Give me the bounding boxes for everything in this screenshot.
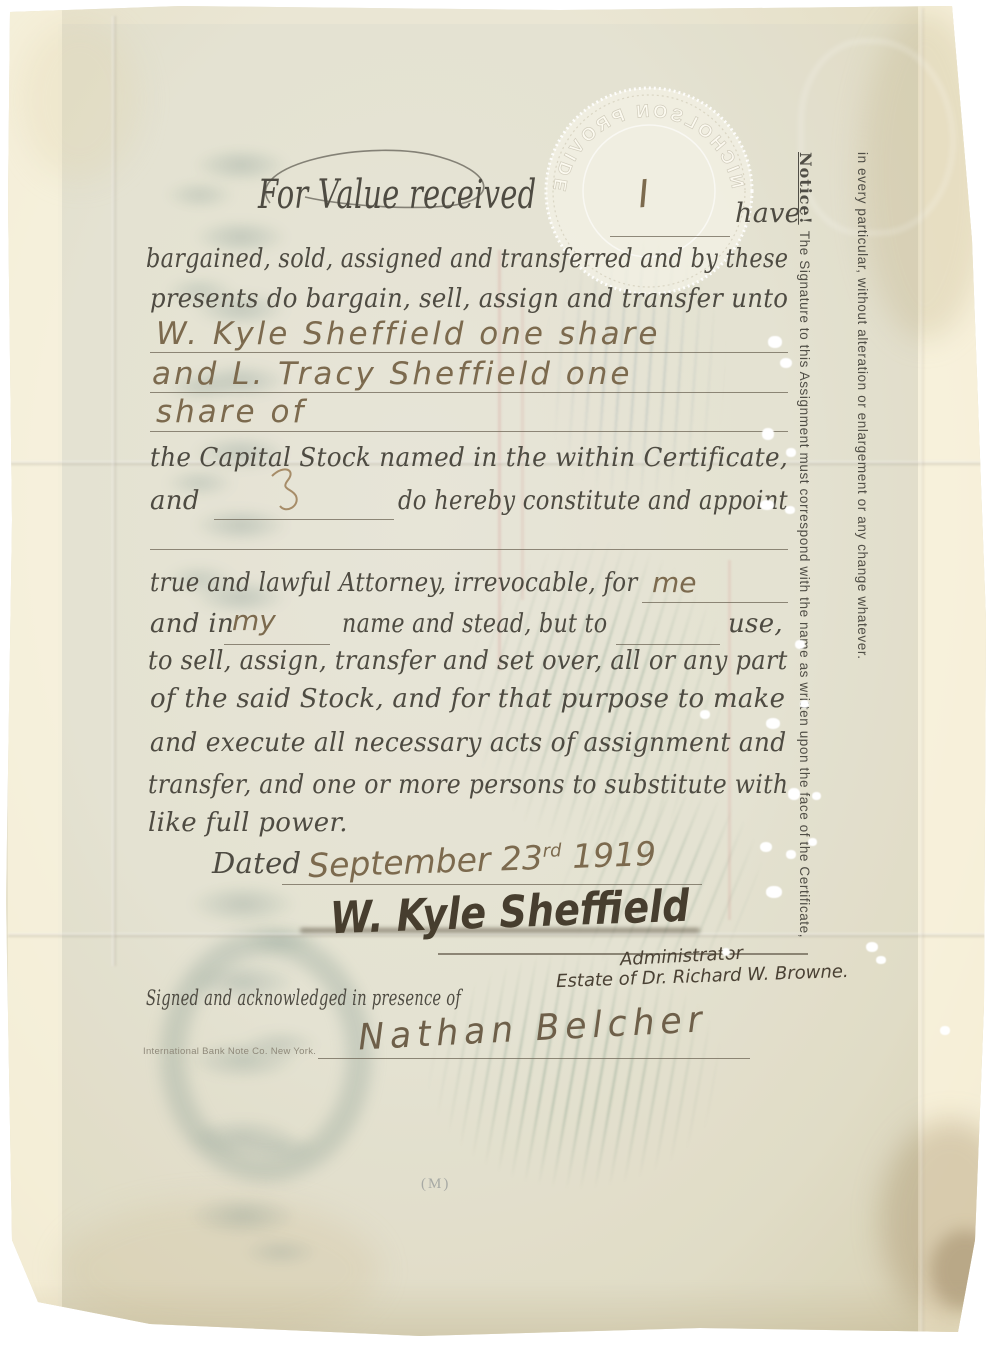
line-transfer-substitute: transfer, and one or more persons to sub… [148, 770, 853, 800]
date-ordinal: rd [542, 840, 562, 862]
blank-rule [642, 602, 788, 603]
paper-damage-spot [760, 842, 772, 852]
paper-damage-spot [812, 792, 821, 800]
blank-rule [224, 644, 330, 645]
fill-rule-3 [150, 431, 788, 432]
paper-damage-spot [766, 718, 780, 729]
handwritten-my: my [232, 604, 276, 637]
fill-rule-1 [150, 352, 788, 353]
signature-strike [300, 928, 700, 933]
dated-label: Dated [212, 846, 301, 880]
line-for-value-received: For Value received [258, 172, 642, 218]
line-and-in: and in [150, 609, 234, 639]
line-and-execute: and execute all necessary acts of assign… [150, 728, 816, 758]
paper-damage-spot [808, 838, 817, 846]
handwritten-assignee-1: W. Kyle Sheffield one share [156, 316, 660, 352]
witness-rule [318, 1058, 750, 1059]
line-presents: presents do bargain, sell, assign and tr… [150, 284, 831, 314]
plate-mark: (M) [421, 1176, 450, 1193]
handwritten-assignee-3: share of [156, 394, 306, 430]
line-of-the-said-stock: of the said Stock, and for that purpose … [150, 684, 787, 714]
paper-damage-spot [866, 942, 878, 952]
line-use: use, [728, 609, 783, 639]
blank-rule [214, 519, 394, 520]
paper-damage-spot [700, 710, 710, 719]
paper-damage-spot [876, 956, 886, 964]
notice-sidebar: Notice! The Signature to this Assignment… [794, 152, 846, 1082]
paper-damage-spot [800, 700, 809, 708]
line-bargained: bargained, sold, assigned and transferre… [146, 244, 891, 274]
blank-rule [150, 549, 788, 550]
certificate-paper: NICHOLSON PROVIDENCE For Value received … [0, 0, 1000, 1352]
paper-damage-spot [785, 506, 795, 514]
paper-damage-spot [766, 886, 782, 898]
notice-line-1: Notice! The Signature to this Assignment… [794, 152, 816, 938]
line-capital-stock: the Capital Stock named in the within Ce… [150, 443, 822, 473]
paper-left-margin [8, 8, 62, 1338]
line-and: and [150, 486, 200, 516]
notice-line-2: in every particular, without alteration … [816, 152, 874, 660]
line-do-hereby: do hereby constitute and appoint [398, 486, 845, 516]
paper-damage-spot [786, 850, 796, 859]
fold-crease [112, 16, 116, 966]
handwritten-assignee-2: and L. Tracy Sheffield one [152, 356, 632, 392]
witness-label: Signed and acknowledged in presence of [146, 986, 595, 1010]
paper-bottom-shadow [0, 1282, 1000, 1352]
line-like-full-power: like full power. [148, 808, 348, 838]
paper-damage-spot [722, 948, 730, 956]
paper-stain [20, 20, 140, 180]
blank-rule [616, 644, 720, 645]
fold-crease [920, 8, 924, 1338]
paper-damage-spot [795, 640, 805, 649]
line-have: have [735, 198, 801, 229]
blank-rule [610, 236, 730, 237]
handwritten-mark [262, 462, 312, 520]
paper-damage-spot [788, 788, 800, 800]
printer-credit: International Bank Note Co. New York. [143, 1046, 316, 1057]
line-attorney: true and lawful Attorney, irrevocable, f… [150, 568, 703, 598]
notice-title: Notice! [796, 152, 815, 225]
paper-damage-spot [762, 428, 774, 440]
paper-damage-spot [786, 448, 796, 457]
handwritten-me: me [652, 566, 697, 599]
paper-damage-spot [780, 358, 792, 368]
paper-damage-spot [760, 500, 774, 510]
paper-damage-spot [768, 336, 782, 348]
scanned-certificate-back: NICHOLSON PROVIDENCE For Value received … [0, 0, 1000, 1352]
paper-damage-spot [940, 1026, 950, 1035]
line-to-sell: to sell, assign, transfer and set over, … [148, 646, 839, 676]
fill-rule-2 [150, 392, 788, 393]
line-name-and-stead: name and stead, but to [342, 609, 652, 639]
